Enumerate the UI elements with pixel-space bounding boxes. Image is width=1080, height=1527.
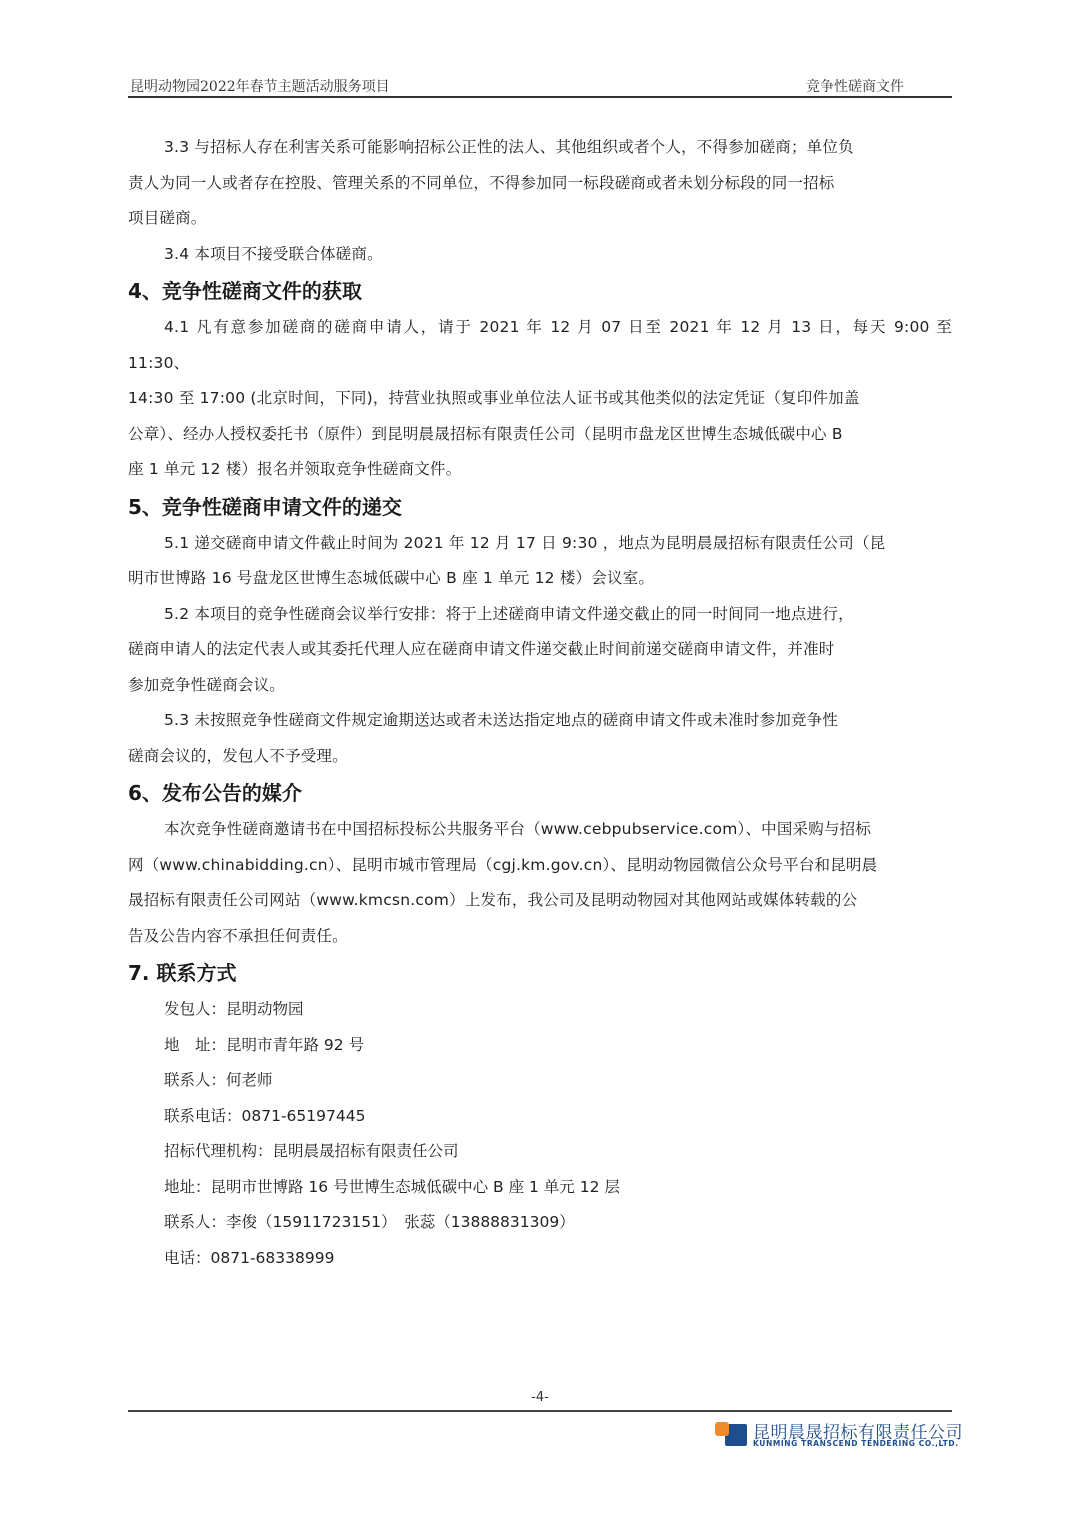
media-line-4: 告及公告内容不承担任何责任。 [128,919,952,955]
clause-5-3-line-2: 磋商会议的，发包人不予受理。 [128,739,952,775]
logo-orange-square [715,1422,729,1436]
media-line-3: 晟招标有限责任公司网站（www.kmcsn.com）上发布，我公司及昆明动物园对… [128,883,952,919]
section-heading-6: 6、发布公告的媒介 [128,774,952,812]
header-divider [128,96,952,98]
clause-4-1-line-4: 座 1 单元 12 楼）报名并领取竞争性磋商文件。 [128,452,952,488]
contact-list: 发包人：昆明动物园 地 址：昆明市青年路 92 号 联系人：何老师 联系电话：0… [128,992,952,1276]
clause-5-1: 5.1 递交磋商申请文件截止时间为 2021 年 12 月 17 日 9:30 … [128,526,952,597]
clause-3-3-line-1: 3.3 与招标人存在利害关系可能影响招标公正性的法人、其他组织或者个人，不得参加… [128,130,952,166]
clause-4-1-line-3: 公章）、经办人授权委托书（原件）到昆明晨晟招标有限责任公司（昆明市盘龙区世博生态… [128,417,952,453]
clause-3-3-line-2: 责人为同一人或者存在控股、管理关系的不同单位，不得参加同一标段磋商或者未划分标段… [128,166,952,202]
clause-3-4: 3.4 本项目不接受联合体磋商。 [128,237,952,273]
contact-agency: 招标代理机构：昆明晨晟招标有限责任公司 [128,1134,952,1170]
clause-3-3: 3.3 与招标人存在利害关系可能影响招标公正性的法人、其他组织或者个人，不得参加… [128,130,952,237]
document-body: 3.3 与招标人存在利害关系可能影响招标公正性的法人、其他组织或者个人，不得参加… [128,130,952,1276]
header-project-title: 昆明动物园2022年春节主题活动服务项目 [130,76,390,96]
logo-mark-icon [715,1420,751,1448]
clause-5-3-line-1: 5.3 未按照竞争性磋商文件规定逾期送达或者未送达指定地点的磋商申请文件或未准时… [128,703,952,739]
page-header: 昆明动物园2022年春节主题活动服务项目 竞争性磋商文件 [128,74,952,96]
clause-5-2-line-2: 磋商申请人的法定代表人或其委托代理人应在磋商申请文件递交截止时间前递交磋商申请文… [128,632,952,668]
clause-5-1-line-1: 5.1 递交磋商申请文件截止时间为 2021 年 12 月 17 日 9:30 … [128,526,952,562]
company-logo: 昆明晨晟招标有限责任公司 KUNMING TRANSCEND TENDERING… [715,1418,955,1452]
clause-5-1-line-2: 明市世博路 16 号盘龙区世博生态城低碳中心 B 座 1 单元 12 楼）会议室… [128,561,952,597]
clause-5-2-line-1: 5.2 本项目的竞争性磋商会议举行安排：将于上述磋商申请文件递交截止的同一时间同… [128,597,952,633]
media-paragraph: 本次竞争性磋商邀请书在中国招标投标公共服务平台（www.cebpubservic… [128,812,952,954]
contact-agency-persons: 联系人：李俊（15911723151） 张蕊（13888831309） [128,1205,952,1241]
header-document-type: 竞争性磋商文件 [806,76,904,96]
media-line-1: 本次竞争性磋商邀请书在中国招标投标公共服务平台（www.cebpubservic… [128,812,952,848]
contact-agency-address: 地址：昆明市世博路 16 号世博生态城低碳中心 B 座 1 单元 12 层 [128,1170,952,1206]
clause-4-1: 4.1 凡有意参加磋商的磋商申请人，请于 2021 年 12 月 07 日至 2… [128,310,952,488]
page-number: -4- [0,1390,1080,1405]
clause-4-1-line-1: 4.1 凡有意参加磋商的磋商申请人，请于 2021 年 12 月 07 日至 2… [128,310,952,381]
clause-4-1-line-2: 14:30 至 17:00 (北京时间，下同)，持营业执照或事业单位法人证书或其… [128,381,952,417]
clause-5-2: 5.2 本项目的竞争性磋商会议举行安排：将于上述磋商申请文件递交截止的同一时间同… [128,597,952,704]
media-line-2: 网（www.chinabidding.cn）、昆明市城市管理局（cgj.km.g… [128,848,952,884]
section-heading-4: 4、竞争性磋商文件的获取 [128,272,952,310]
section-heading-5: 5、竞争性磋商申请文件的递交 [128,488,952,526]
section-heading-7: 7. 联系方式 [128,954,952,992]
footer-divider [128,1410,952,1412]
clause-5-2-line-3: 参加竞争性磋商会议。 [128,668,952,704]
contact-employer: 发包人：昆明动物园 [128,992,952,1028]
contact-employer-phone: 联系电话：0871-65197445 [128,1099,952,1135]
contact-employer-person: 联系人：何老师 [128,1063,952,1099]
clause-3-3-line-3: 项目磋商。 [128,201,952,237]
logo-english-name: KUNMING TRANSCEND TENDERING CO.,LTD. [753,1439,959,1448]
contact-employer-address: 地 址：昆明市青年路 92 号 [128,1028,952,1064]
contact-agency-phone: 电话：0871-68338999 [128,1241,952,1277]
clause-5-3: 5.3 未按照竞争性磋商文件规定逾期送达或者未送达指定地点的磋商申请文件或未准时… [128,703,952,774]
